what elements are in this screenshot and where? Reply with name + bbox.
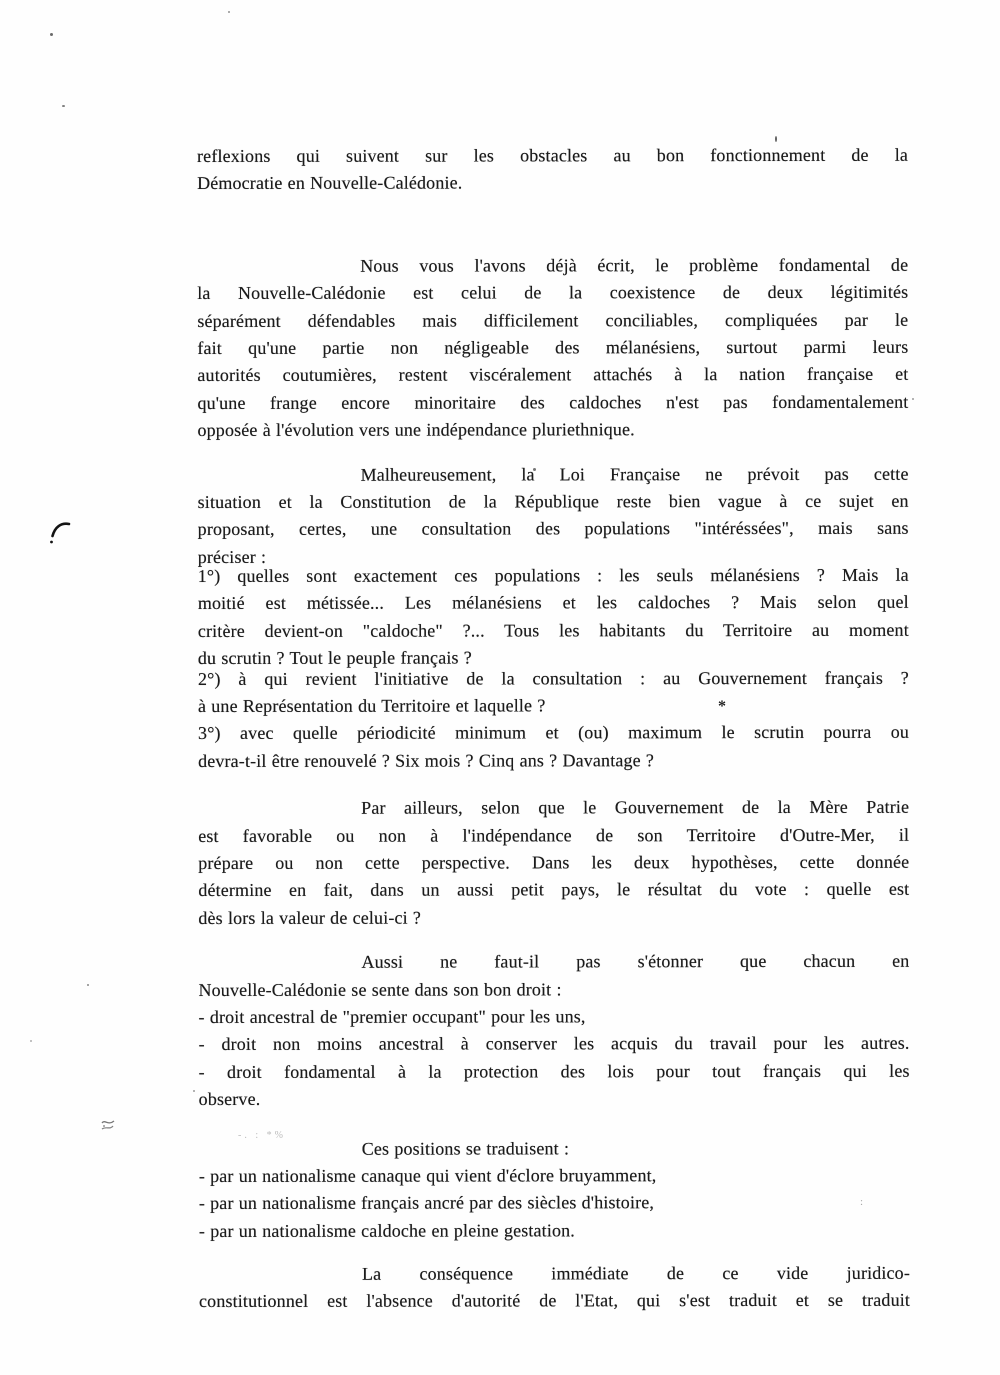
paragraph-p1-continuation: reflexions qui suivent sur les obstacles… bbox=[197, 142, 908, 198]
text-line: - par un nationalisme caldoche en pleine… bbox=[199, 1216, 910, 1245]
scan-speck bbox=[50, 33, 53, 36]
scan-speck bbox=[775, 136, 777, 142]
text-line: Aussi ne faut-il pas s'étonner que chacu… bbox=[198, 948, 909, 977]
text-line: à une Représentation du Territoire et la… bbox=[198, 692, 909, 721]
text-line: fait qu'une partie non négligeable des m… bbox=[197, 334, 908, 363]
text-line: critère devient-on "caldoche" ?... Tous … bbox=[198, 617, 909, 646]
text-line: proposant, certes, une consultation des … bbox=[198, 515, 909, 544]
text-line: observe. bbox=[199, 1085, 910, 1114]
text-line: devra-t-il être renouvelé ? Six mois ? C… bbox=[198, 747, 909, 776]
paragraph-p2-probleme-fondamental: Nous vous l'avons déjà écrit, le problèm… bbox=[197, 252, 908, 445]
pen-mark-icon bbox=[46, 519, 74, 551]
paragraph-q2-initiative: 2°) à qui revient l'initiative de la con… bbox=[198, 664, 909, 720]
paragraph-c1-nationalisme-canaque: - par un nationalisme canaque qui vient … bbox=[199, 1162, 910, 1191]
scan-speck bbox=[912, 398, 914, 400]
text-line: Nous vous l'avons déjà écrit, le problèm… bbox=[197, 252, 908, 281]
paragraph-b1-droit-ancestral: - droit ancestral de "premier occupant" … bbox=[199, 1003, 910, 1032]
paragraph-c3-nationalisme-caldoche: - par un nationalisme caldoche en pleine… bbox=[199, 1216, 910, 1245]
paragraph-b2-droit-non-moins: - droit non moins ancestral à conserver … bbox=[199, 1030, 910, 1059]
text-line: Démocratie en Nouvelle-Calédonie. bbox=[197, 169, 908, 198]
paragraph-p6-positions: Ces positions se traduisent : bbox=[199, 1134, 910, 1163]
scan-speck bbox=[193, 1090, 195, 1092]
text-line: prépare ou non cette perspective. Dans l… bbox=[198, 849, 909, 878]
text-line: moitié est métissée... Les mélanésiens e… bbox=[198, 589, 909, 618]
document-page: * -. : *% : reflexions qui suivent sur l… bbox=[0, 0, 1000, 1375]
text-line: 3°) avec quelle périodicité minimum et (… bbox=[198, 719, 909, 748]
paragraph-p3-loi-francaise: Malheureusement, la Loi Française ne pré… bbox=[198, 460, 909, 571]
smudge-mark-icon bbox=[100, 1117, 116, 1133]
text-line: 1°) quelles sont exactement ces populati… bbox=[198, 562, 909, 591]
text-line: qu'une frange encore minoritaire des cal… bbox=[197, 388, 908, 417]
text-line: la Nouvelle-Calédonie est celui de la co… bbox=[197, 279, 908, 308]
text-line: Ces positions se traduisent : bbox=[199, 1134, 910, 1163]
text-line: constitutionnel est l'absence d'autorité… bbox=[199, 1287, 910, 1316]
text-line: autorités coutumières, restent viscérale… bbox=[197, 361, 908, 390]
paragraph-p5-aussi: Aussi ne faut-il pas s'étonner que chacu… bbox=[198, 948, 909, 1004]
text-line: - par un nationalisme canaque qui vient … bbox=[199, 1162, 910, 1191]
text-line: reflexions qui suivent sur les obstacles… bbox=[197, 142, 908, 171]
text-line: est favorable ou non à l'indépendance de… bbox=[198, 821, 909, 850]
text-line: - par un nationalisme français ancré par… bbox=[199, 1189, 910, 1218]
text-line: situation et la Constitution de la Répub… bbox=[198, 488, 909, 517]
text-line: - droit non moins ancestral à conserver … bbox=[199, 1030, 910, 1059]
paragraph-p4-mere-patrie: Par ailleurs, selon que le Gouvernement … bbox=[198, 794, 909, 932]
text-line: détermine en fait, dans un aussi petit p… bbox=[198, 876, 909, 905]
letter-body: reflexions qui suivent sur les obstacles… bbox=[197, 142, 910, 1316]
paragraph-c2-nationalisme-francais: - par un nationalisme français ancré par… bbox=[199, 1189, 910, 1218]
text-line: séparément défendables mais difficilemen… bbox=[197, 306, 908, 335]
text-line: Malheureusement, la Loi Française ne pré… bbox=[198, 460, 909, 489]
paragraph-q3-periodicite: 3°) avec quelle périodicité minimum et (… bbox=[198, 719, 909, 775]
paragraph-p7-consequence: La conséquence immédiate de ce vide juri… bbox=[199, 1260, 910, 1316]
paragraph-q1-populations: 1°) quelles sont exactement ces populati… bbox=[198, 562, 909, 673]
paragraph-b3-droit-fondamental: - droit fondamental à la protection des … bbox=[199, 1057, 910, 1113]
scan-speck bbox=[228, 11, 230, 13]
scan-speck bbox=[30, 1040, 32, 1042]
text-line: - droit fondamental à la protection des … bbox=[199, 1057, 910, 1086]
text-line: Nouvelle-Calédonie se sente dans son bon… bbox=[198, 975, 909, 1004]
scan-speck bbox=[87, 984, 89, 986]
text-line: opposée à l'évolution vers une indépenda… bbox=[197, 416, 908, 445]
text-line: dès lors la valeur de celui-ci ? bbox=[198, 904, 909, 933]
scan-speck bbox=[533, 468, 536, 471]
text-line: Par ailleurs, selon que le Gouvernement … bbox=[198, 794, 909, 823]
text-line: - droit ancestral de "premier occupant" … bbox=[199, 1003, 910, 1032]
text-line: La conséquence immédiate de ce vide juri… bbox=[199, 1260, 910, 1289]
scan-speck bbox=[62, 105, 65, 107]
text-line: 2°) à qui revient l'initiative de la con… bbox=[198, 664, 909, 693]
